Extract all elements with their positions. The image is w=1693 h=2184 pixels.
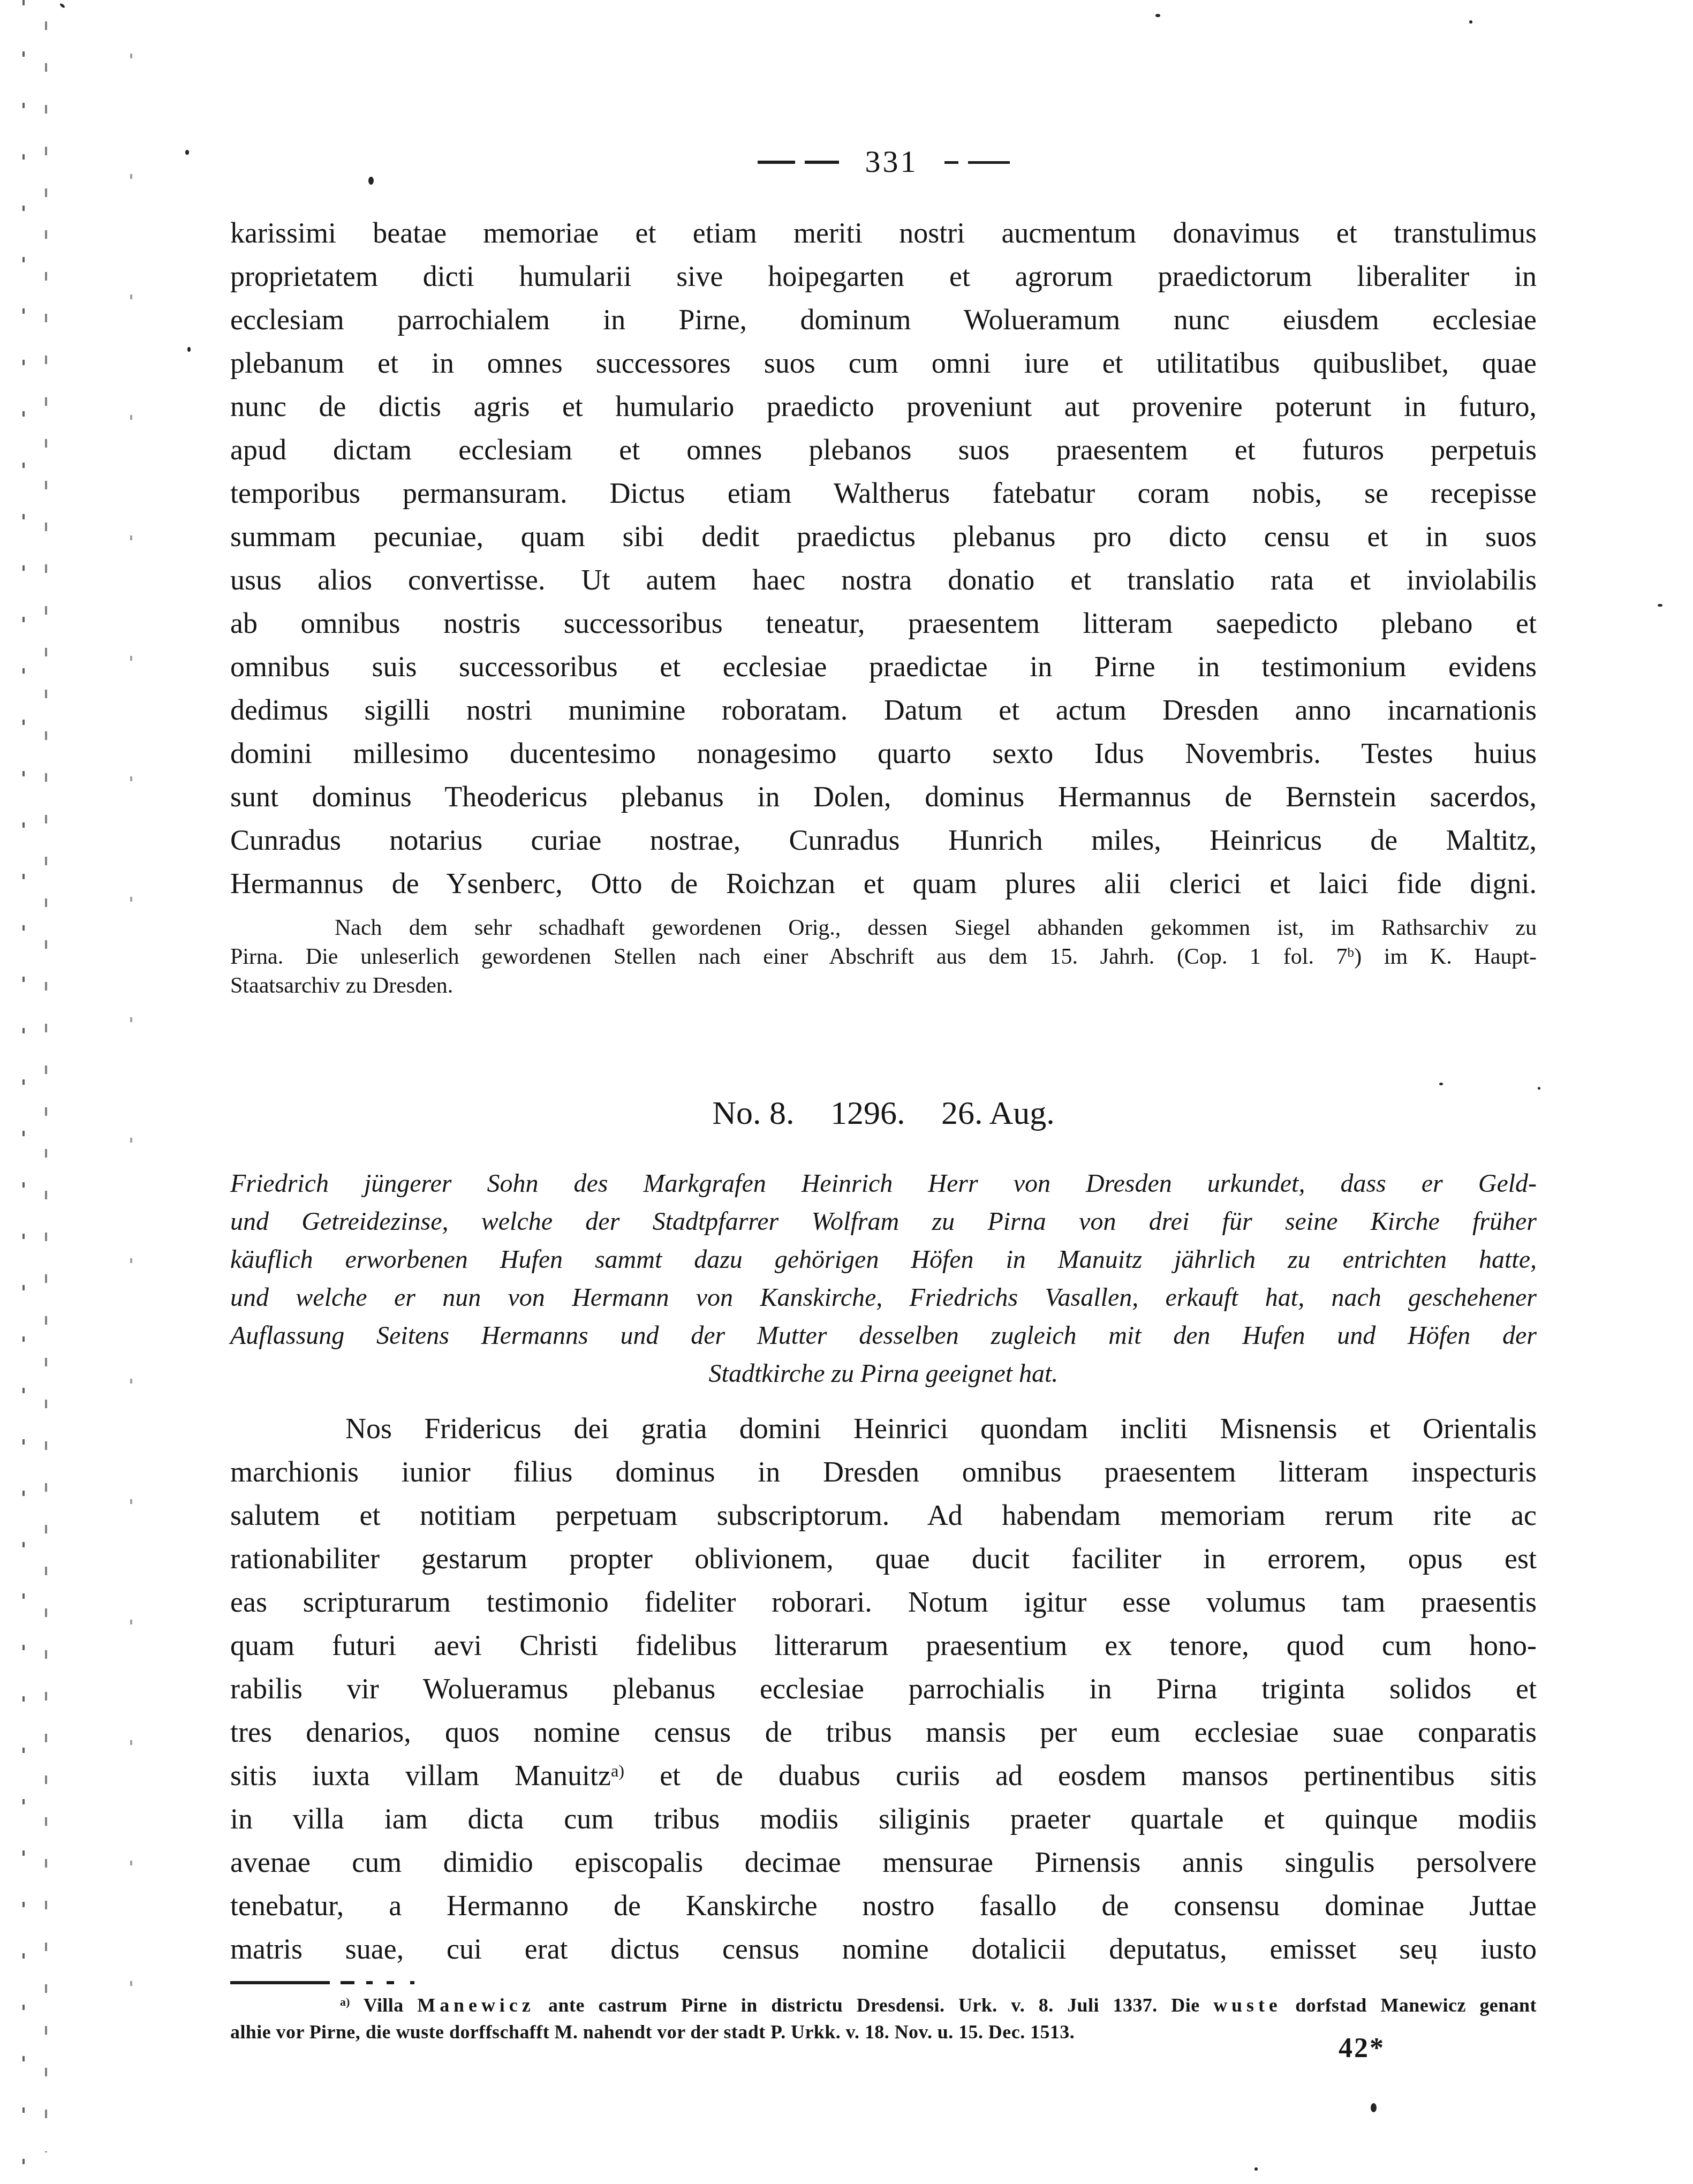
text-run: und welche er nun von Hermann von Kanski… [230, 1283, 1537, 1312]
text-run: sitis iuxta villam Manuitz [230, 1759, 611, 1792]
text-run: et de duabus curiis ad eosdem mansos per… [624, 1759, 1537, 1792]
text-line: temporibus permansuram. Dictus etiam Wal… [230, 472, 1537, 515]
text-line: ab omnibus nostris successoribus teneatu… [230, 602, 1537, 645]
text-line: proprietatem dicti humularii sive hoipeg… [230, 255, 1537, 298]
text-line: a) Villa Manewicz ante castrum Pirne in … [230, 1992, 1537, 2019]
superscript-mark: b [1348, 946, 1355, 960]
text-run: Nach dem sehr schadhaft gewordenen Orig.… [335, 916, 1537, 940]
header-rule-right [944, 161, 958, 164]
text-run: Auflassung Seitens Hermanns und der Mutt… [230, 1321, 1537, 1350]
ink-speck [1155, 14, 1160, 17]
text-line: Nos Fridericus dei gratia domini Heinric… [230, 1407, 1537, 1450]
text-run: Stadtkirche zu Pirna geeignet hat. [709, 1359, 1059, 1388]
scanned-book-page: 331 karissimi beatae memoriae et etiam m… [0, 0, 1693, 2184]
text-line: dedimus sigilli nostri munimine roborata… [230, 689, 1537, 732]
header-rule-left [758, 161, 795, 164]
regest-summary: Friedrich jüngerer Sohn des Markgrafen H… [230, 1165, 1537, 1393]
entry-year: 1296. [830, 1095, 905, 1131]
ink-speck [1469, 20, 1472, 24]
text-run: tres denarios, quos nomine census de tri… [230, 1716, 1537, 1748]
text-line: nunc de dictis agris et humulario praedi… [230, 385, 1537, 428]
text-line: quam futuri aevi Christi fidelibus litte… [230, 1624, 1537, 1667]
page-number: 331 [865, 143, 918, 179]
text-run: summam pecuniae, quam sibi dedit praedic… [230, 520, 1537, 553]
text-line: marchionis iunior filius dominus in Dres… [230, 1450, 1537, 1494]
text-run: in villa iam dicta cum tribus modiis sil… [230, 1803, 1537, 1835]
text-run: temporibus permansuram. Dictus etiam Wal… [230, 477, 1537, 509]
text-line: karissimi beatae memoriae et etiam merit… [230, 211, 1537, 255]
text-run: alhie vor Pirne, die wuste dorffschafft … [230, 2021, 1075, 2043]
text-line: Friedrich jüngerer Sohn des Markgrafen H… [230, 1165, 1537, 1203]
text-run: dedimus sigilli nostri munimine roborata… [230, 694, 1537, 726]
text-run: dorfstad Manewicz genant [1282, 1994, 1537, 2016]
ink-speck [1371, 2103, 1377, 2112]
text-run: Staatsarchiv zu Dresden. [230, 973, 453, 998]
text-line: tres denarios, quos nomine census de tri… [230, 1711, 1537, 1754]
header-rule-right [968, 161, 1010, 164]
scan-artifact-fold-line [22, 0, 25, 2184]
text-run: apud dictam ecclesiam et omnes plebanos … [230, 434, 1537, 466]
text-run: tenebatur, a Hermanno de Kanskirche nost… [230, 1890, 1537, 1922]
text-line: rationabiliter gestarum propter oblivion… [230, 1537, 1537, 1581]
text-line: plebanum et in omnes successores suos cu… [230, 342, 1537, 385]
text-line: salutem et notitiam perpetuam subscripto… [230, 1494, 1537, 1537]
text-line: avenae cum dimidio episcopalis decimae m… [230, 1841, 1537, 1884]
text-line: in villa iam dicta cum tribus modiis sil… [230, 1797, 1537, 1841]
text-line: rabilis vir Wolueramus plebanus ecclesia… [230, 1667, 1537, 1711]
scan-artifact-fold-line [130, 54, 132, 2088]
ink-speck [59, 3, 66, 9]
text-line: und Getreidezinse, welche der Stadtpfarr… [230, 1203, 1537, 1241]
ink-speck [185, 150, 189, 155]
ink-speck [187, 347, 191, 352]
superscript-mark: a) [611, 1762, 624, 1781]
ink-speck [1439, 1083, 1443, 1085]
text-run: salutem et notitiam perpetuam subscripto… [230, 1499, 1537, 1531]
text-line: ecclesiam parrochialem in Pirne, dominum… [230, 298, 1537, 342]
header-rule-left [805, 161, 839, 164]
text-run: ab omnibus nostris successoribus teneatu… [230, 607, 1537, 639]
text-line: Cunradus notarius curiae nostrae, Cunrad… [230, 819, 1537, 862]
text-run: Manewicz [417, 1994, 534, 2016]
text-run: proprietatem dicti humularii sive hoipeg… [230, 260, 1537, 292]
text-line: Auflassung Seitens Hermanns und der Mutt… [230, 1317, 1537, 1355]
text-line: usus alios convertisse. Ut autem haec no… [230, 558, 1537, 602]
text-run: marchionis iunior filius dominus in Dres… [230, 1456, 1537, 1488]
printer-signature: 42* [1339, 2032, 1385, 2064]
text-run: Nos Fridericus dei gratia domini Heinric… [345, 1412, 1537, 1445]
page-header: 331 [230, 137, 1537, 185]
text-run: ) im K. Haupt- [1354, 944, 1537, 969]
scan-artifact-fold-line [45, 21, 47, 2152]
latin-charter-text: Nos Fridericus dei gratia domini Heinric… [230, 1407, 1537, 1971]
text-line: Staatsarchiv zu Dresden. [230, 971, 1537, 1000]
text-line: und welche er nun von Hermann von Kanski… [230, 1279, 1537, 1317]
footnote-rule [230, 1981, 428, 1984]
text-line: Stadtkirche zu Pirna geeignet hat. [230, 1355, 1537, 1393]
text-run: rabilis vir Wolueramus plebanus ecclesia… [230, 1673, 1537, 1705]
latin-charter-continuation: karissimi beatae memoriae et etiam merit… [230, 211, 1537, 905]
text-line: eas scripturarum testimonio fideliter ro… [230, 1581, 1537, 1624]
ink-speck [1538, 1087, 1540, 1090]
text-run: karissimi beatae memoriae et etiam merit… [230, 217, 1537, 249]
entry-number: No. 8. [712, 1095, 794, 1131]
text-run: ecclesiam parrochialem in Pirne, dominum… [230, 304, 1537, 336]
text-run: und Getreidezinse, welche der Stadtpfarr… [230, 1207, 1537, 1236]
text-run: sunt dominus Theodericus plebanus in Dol… [230, 781, 1537, 813]
text-run: matris suae, cui erat dictus census nomi… [230, 1933, 1537, 1965]
text-line: apud dictam ecclesiam et omnes plebanos … [230, 428, 1537, 472]
text-run: avenae cum dimidio episcopalis decimae m… [230, 1846, 1537, 1878]
text-run: wuste [1213, 1994, 1282, 2016]
text-run: nunc de dictis agris et humulario praedi… [230, 390, 1537, 422]
text-run: Friedrich jüngerer Sohn des Markgrafen H… [230, 1169, 1537, 1198]
text-run: Cunradus notarius curiae nostrae, Cunrad… [230, 824, 1537, 856]
text-line: käuflich erworbenen Hufen sammt dazu geh… [230, 1241, 1537, 1279]
text-run: domini millesimo ducentesimo nonagesimo … [230, 737, 1537, 769]
text-line: sitis iuxta villam Manuitza) et de duabu… [230, 1754, 1537, 1797]
text-line: Nach dem sehr schadhaft gewordenen Orig.… [230, 913, 1537, 942]
text-run: usus alios convertisse. Ut autem haec no… [230, 564, 1537, 596]
text-run: omnibus suis successoribus et ecclesiae … [230, 651, 1537, 683]
ink-speck [1254, 2167, 1258, 2171]
text-line: Hermannus de Ysenberc, Otto de Roichzan … [230, 862, 1537, 905]
text-run: Hermannus de Ysenberc, Otto de Roichzan … [230, 867, 1537, 900]
text-run: Pirna. Die unleserlich gewordenen Stelle… [230, 944, 1348, 969]
text-run: plebanum et in omnes successores suos cu… [230, 347, 1537, 379]
text-run: rationabiliter gestarum propter oblivion… [230, 1543, 1537, 1575]
text-line: domini millesimo ducentesimo nonagesimo … [230, 732, 1537, 775]
text-run: eas scripturarum testimonio fideliter ro… [230, 1586, 1537, 1618]
entry-heading: No. 8. 1296. 26. Aug. [230, 1094, 1537, 1132]
superscript-mark: a) [340, 1996, 350, 2008]
text-run: Villa [350, 1994, 417, 2016]
text-run: käuflich erworbenen Hufen sammt dazu geh… [230, 1245, 1537, 1274]
text-run: quam futuri aevi Christi fidelibus litte… [230, 1629, 1537, 1661]
text-line: matris suae, cui erat dictus census nomi… [230, 1928, 1537, 1971]
text-line: tenebatur, a Hermanno de Kanskirche nost… [230, 1884, 1537, 1928]
entry-date: 26. Aug. [941, 1095, 1055, 1131]
source-note: Nach dem sehr schadhaft gewordenen Orig.… [230, 913, 1537, 1000]
ink-speck [1658, 604, 1662, 607]
text-line: sunt dominus Theodericus plebanus in Dol… [230, 775, 1537, 819]
text-line: Pirna. Die unleserlich gewordenen Stelle… [230, 942, 1537, 971]
text-line: omnibus suis successoribus et ecclesiae … [230, 645, 1537, 689]
text-run: ante castrum Pirne in districtu Dresdens… [535, 1994, 1214, 2016]
text-line: summam pecuniae, quam sibi dedit praedic… [230, 515, 1537, 558]
